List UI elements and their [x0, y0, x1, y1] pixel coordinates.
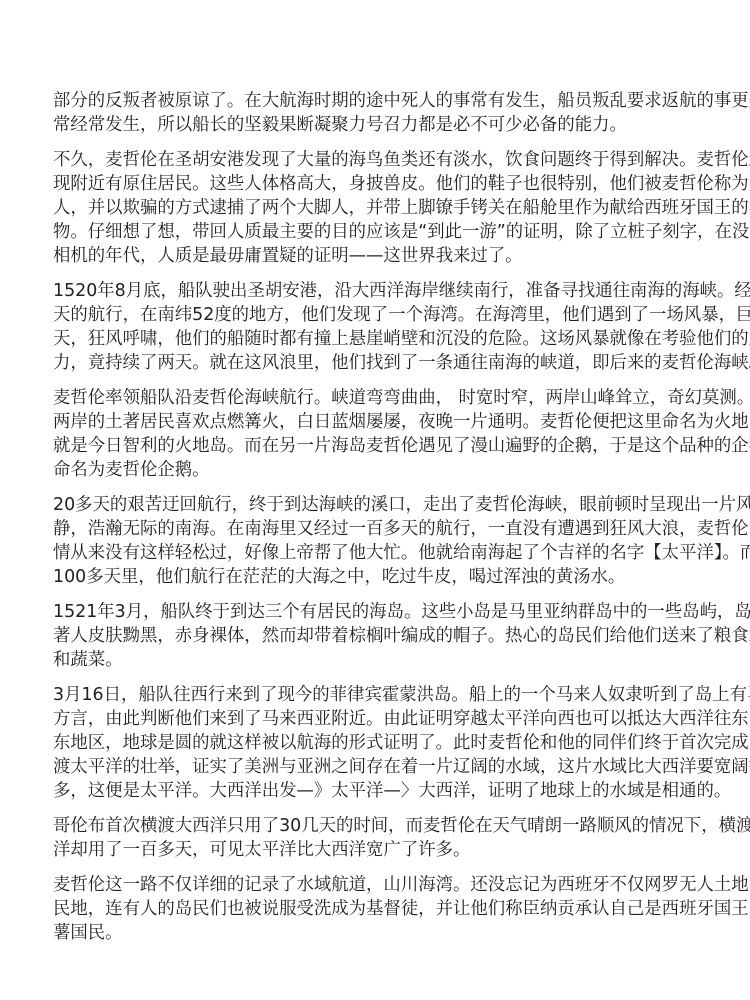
text-line: 1520年8月底，船队驶出圣胡安港，沿大西洋海岸继续南行，准备寻找通往南海的海峡…	[53, 279, 698, 303]
paragraph-strait-fire-land: 麦哲伦率领船队沿麦哲伦海峡航行。峡道弯弯曲曲， 时宽时窄，两岸山峰耸立，奇幻莫测…	[53, 386, 698, 482]
text-line: 洋却用了一百多天，可见太平洋比大西洋宽广了许多。	[53, 838, 698, 862]
text-line: 相机的年代，人质是最毋庸置疑的证明——这世界我来过了。	[53, 244, 698, 268]
text-line: 天，狂风呼啸，他们的船随时都有撞上悬崖峭壁和沉没的危险。这场风暴就像在考验他们的…	[53, 327, 698, 351]
text-line: 现附近有原住居民。这些人体格高大，身披兽皮。他们的鞋子也很特别，他们被麦哲伦称为…	[53, 172, 698, 196]
text-line: 渡太平洋的壮举，证实了美洲与亚洲之间存在着一片辽阔的水域，这片水域比大西洋要宽阔…	[53, 755, 698, 779]
paragraph-pacific-named: 20多天的艰苦迂回航行，终于到达海峡的溪口，走出了麦哲伦海峡，眼前顿时呈现出一片…	[53, 493, 698, 589]
text-line: 麦哲伦这一路不仅详细的记录了水域航道，山川海湾。还没忘记为西班牙不仅网罗无人土地…	[53, 873, 698, 897]
text-line: 多，这便是太平洋。大西洋出发—》太平洋—〉大西洋，证明了地球上的水域是相通的。	[53, 779, 698, 803]
text-line: 20多天的艰苦迂回航行，终于到达海峡的溪口，走出了麦哲伦海峡，眼前顿时呈现出一片…	[53, 493, 698, 517]
paragraph-san-julian-giants: 不久，麦哲伦在圣胡安港发现了大量的海鸟鱼类还有淡水，饮食问题终于得到解决。麦哲伦…	[53, 148, 698, 268]
text-line: 物。仔细想了想，带回人质最主要的目的应该是“到此一游”的证明，除了立桩子刻字，在…	[53, 220, 698, 244]
text-line: 部分的反叛者被原谅了。在大航海时期的途中死人的事常有发生，船员叛乱要求返航的事更…	[53, 89, 698, 113]
text-line: 就是今日智利的火地岛。而在另一片海岛麦哲伦遇见了漫山遍野的企鹅，于是这个品种的企…	[53, 434, 698, 458]
text-line: 薯国民。	[53, 921, 698, 945]
text-line: 人，并以欺骗的方式逮捕了两个大脚人，并带上脚镣手铐关在船舱里作为献给西班牙国王的…	[53, 196, 698, 220]
text-line: 天的航行，在南纬52度的地方，他们发现了一个海湾。在海湾里，他们遇到了一场风暴，…	[53, 303, 698, 327]
text-line: 民地，连有人的岛民们也被说服受洗成为基督徒，并让他们称臣纳贡承认自己是西班牙国王…	[53, 897, 698, 921]
article-body: 部分的反叛者被原谅了。在大航海时期的途中死人的事常有发生，船员叛乱要求返航的事更…	[53, 89, 698, 956]
text-line: 和蔬菜。	[53, 648, 698, 672]
text-line: 1521年3月，船队终于到达三个有居民的海岛。这些小岛是马里亚纳群岛中的一些岛屿…	[53, 600, 698, 624]
text-line: 麦哲伦率领船队沿麦哲伦海峡航行。峡道弯弯曲曲， 时宽时窄，两岸山峰耸立，奇幻莫测…	[53, 386, 698, 410]
paragraph-1521-mariana: 1521年3月，船队终于到达三个有居民的海岛。这些小岛是马里亚纳群岛中的一些岛屿…	[53, 600, 698, 672]
text-line: 著人皮肤黝黑，赤身裸体，然而却带着棕榈叶编成的帽子。热心的岛民们给他们送来了粮食…	[53, 624, 698, 648]
text-line: 3月16日，船队往西行来到了现今的菲律宾霍蒙洪岛。船上的一个马来人奴隶听到了岛上…	[53, 683, 698, 707]
text-line: 情从来没有这样轻松过，好像上帝帮了他大忙。他就给南海起了个吉祥的名字【太平洋】。…	[53, 541, 698, 565]
paragraph-mutineers-pardoned: 部分的反叛者被原谅了。在大航海时期的途中死人的事常有发生，船员叛乱要求返航的事更…	[53, 89, 698, 137]
text-line: 力，竟持续了两天。就在这风浪里，他们找到了一条通往南海的峡道，即后来的麦哲伦海峡…	[53, 351, 698, 375]
paragraph-colonies-records: 麦哲伦这一路不仅详细的记录了水域航道，山川海湾。还没忘记为西班牙不仅网罗无人土地…	[53, 873, 698, 945]
text-line: 方言，由此判断他们来到了马来西亚附近。由此证明穿越太平洋向西也可以抵达大西洋往东…	[53, 707, 698, 731]
text-line: 两岸的土著居民喜欢点燃篝火，白日蓝烟屡屡，夜晚一片通明。麦哲伦便把这里命名为火地…	[53, 410, 698, 434]
text-line: 常经常发生，所以船长的坚毅果断凝聚力号召力都是必不可少必备的能力。	[53, 113, 698, 137]
paragraph-columbus-comparison: 哥伦布首次横渡大西洋只用了30几天的时间，而麦哲伦在天气晴朗一路顺风的情况下，横…	[53, 814, 698, 862]
paragraph-philippines-earth-round: 3月16日，船队往西行来到了现今的菲律宾霍蒙洪岛。船上的一个马来人奴隶听到了岛上…	[53, 683, 698, 803]
text-line: 100多天里，他们航行在茫茫的大海之中，吃过牛皮，喝过浑浊的黄汤水。	[53, 565, 698, 589]
text-line: 命名为麦哲伦企鹅。	[53, 458, 698, 482]
text-line: 静，浩瀚无际的南海。在南海里又经过一百多天的航行，一直没有遭遇到狂风大浪，麦哲伦…	[53, 517, 698, 541]
text-line: 不久，麦哲伦在圣胡安港发现了大量的海鸟鱼类还有淡水，饮食问题终于得到解决。麦哲伦…	[53, 148, 698, 172]
paragraph-1520-storm: 1520年8月底，船队驶出圣胡安港，沿大西洋海岸继续南行，准备寻找通往南海的海峡…	[53, 279, 698, 375]
text-line: 哥伦布首次横渡大西洋只用了30几天的时间，而麦哲伦在天气晴朗一路顺风的情况下，横…	[53, 814, 698, 838]
text-line: 东地区，地球是圆的就这样被以航海的形式证明了。此时麦哲伦和他的同伴们终于首次完成…	[53, 731, 698, 755]
